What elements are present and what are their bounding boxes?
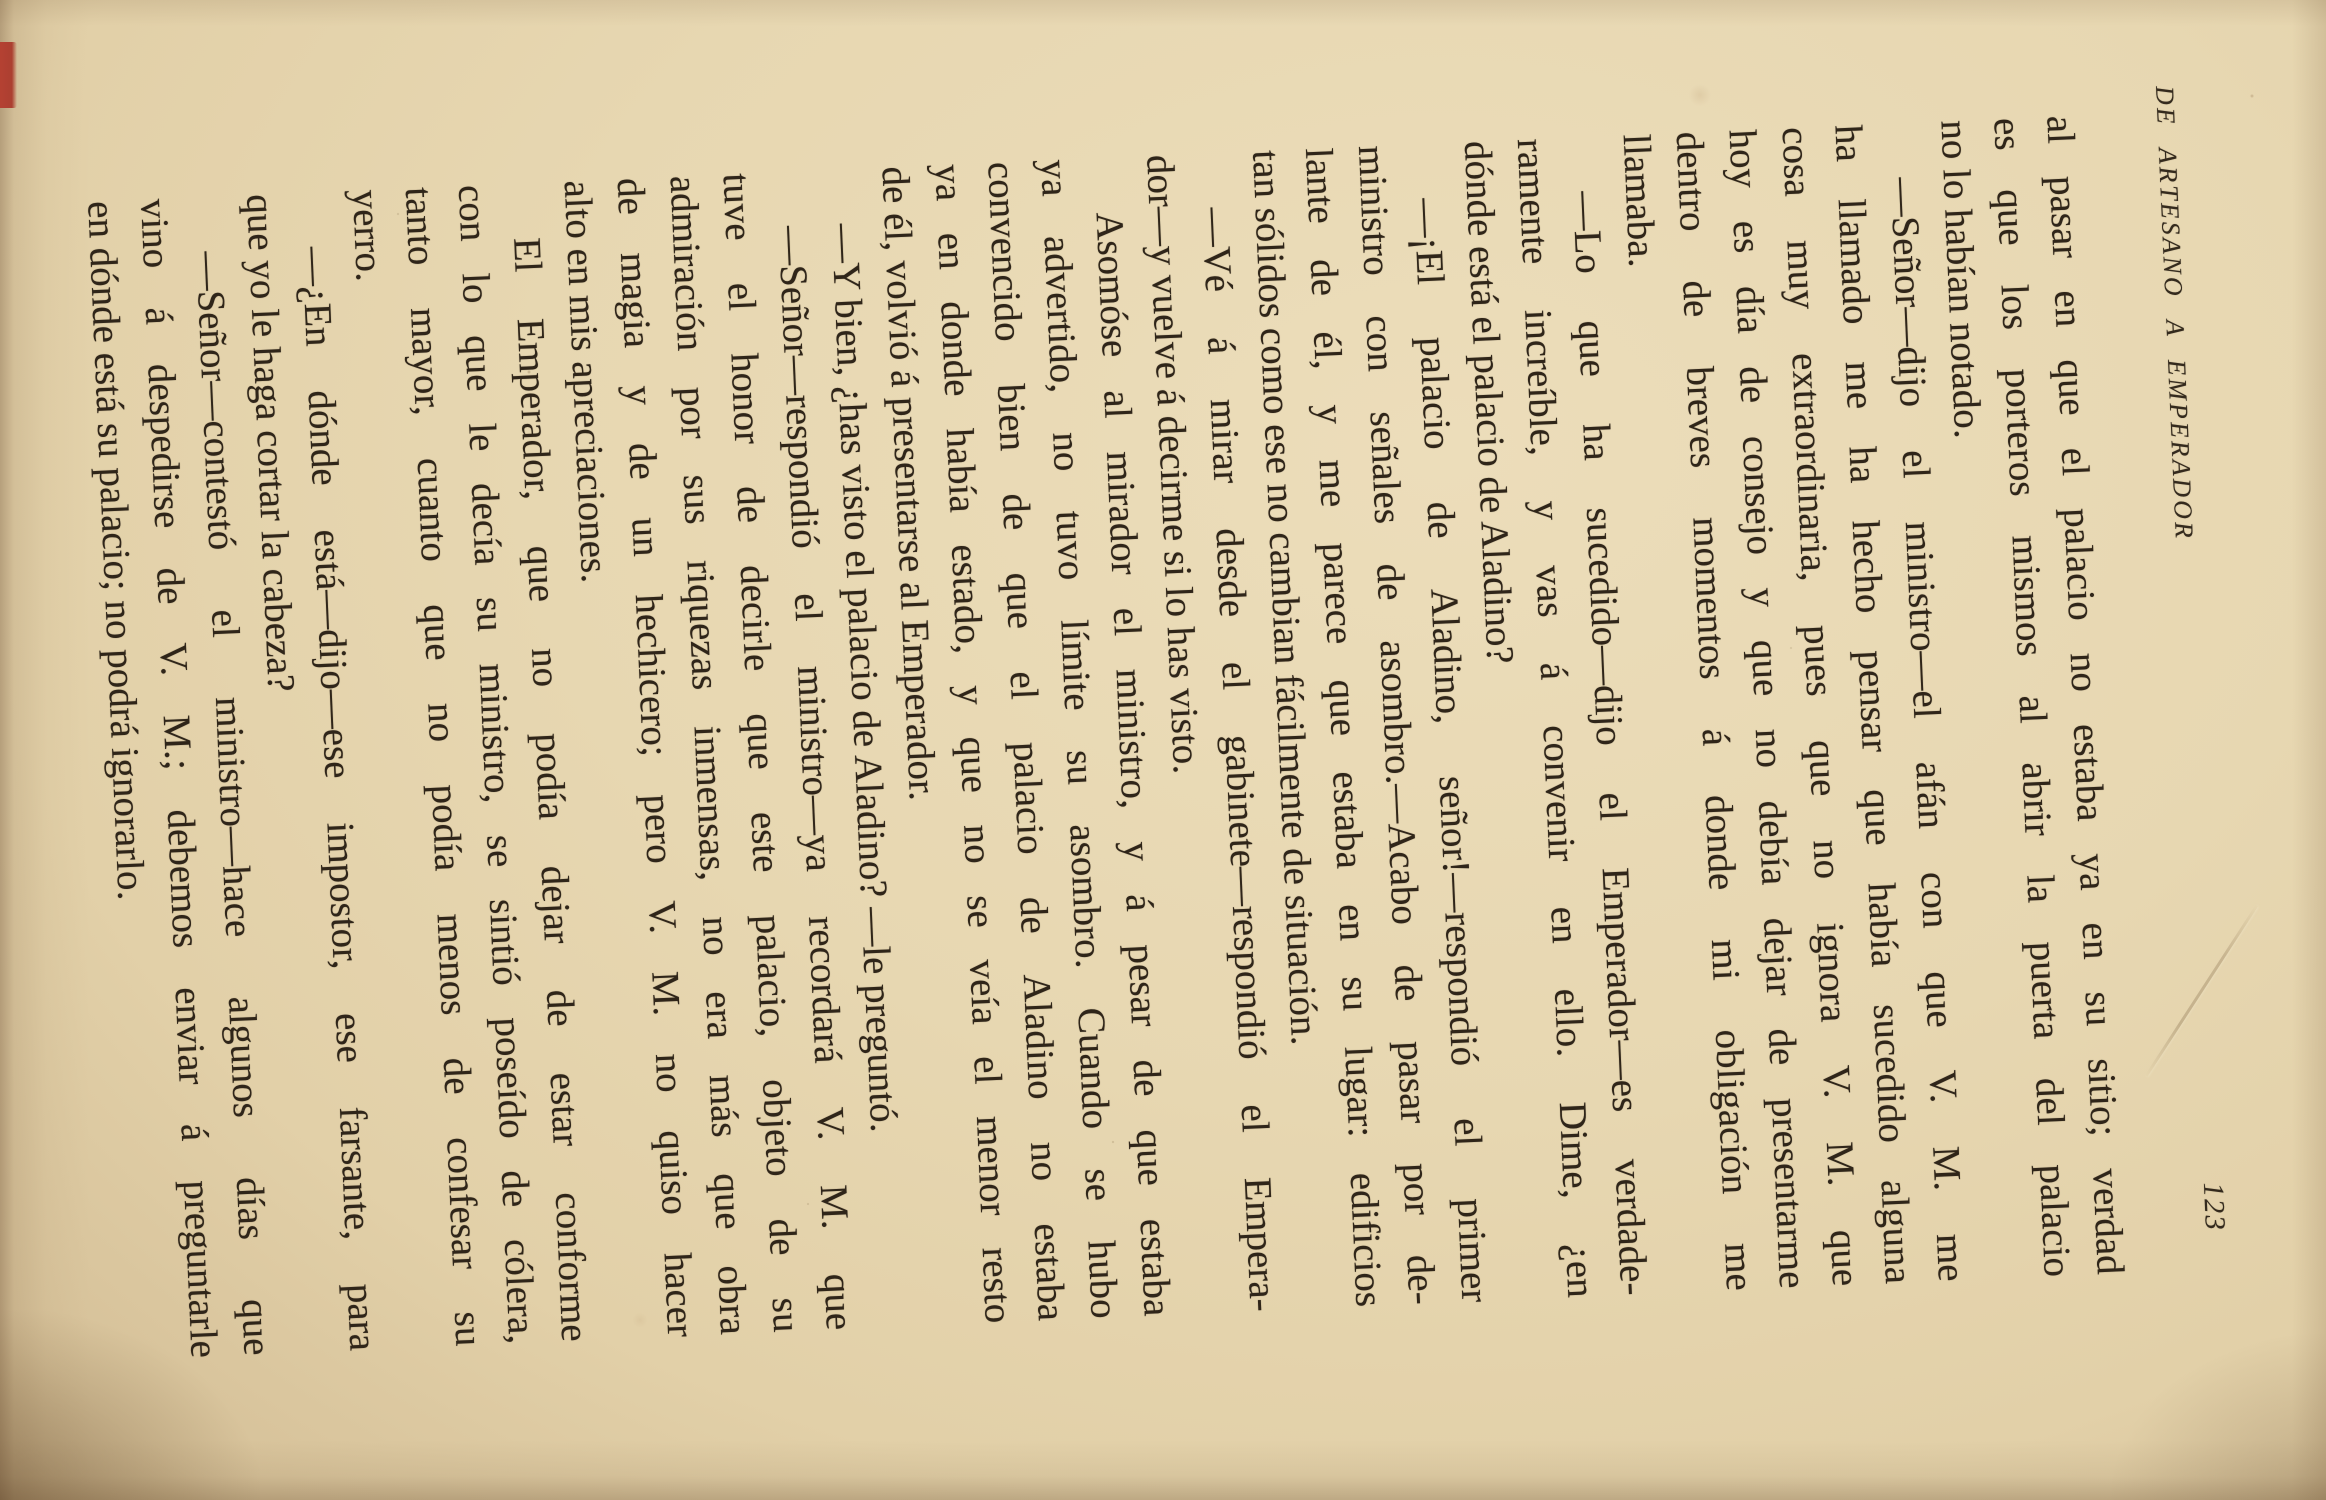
scanned-book-page: { "page": { "header": { "title": "DE ART… (0, 0, 2326, 1500)
page-number: 123 (2196, 1181, 2237, 1232)
page-title: DE ARTESANO A EMPERADOR (2149, 85, 2207, 541)
running-header: DE ARTESANO A EMPERADOR 123 (2137, 85, 2239, 1271)
bottom-right-fold-shadow (2106, 1330, 2326, 1500)
red-cover-edge-mark (0, 42, 17, 108)
body-text: al pasar en que el palacio no estaba ya … (73, 89, 2137, 1361)
page-sheet: DE ARTESANO A EMPERADOR 123 al pasar en … (73, 85, 2239, 1361)
